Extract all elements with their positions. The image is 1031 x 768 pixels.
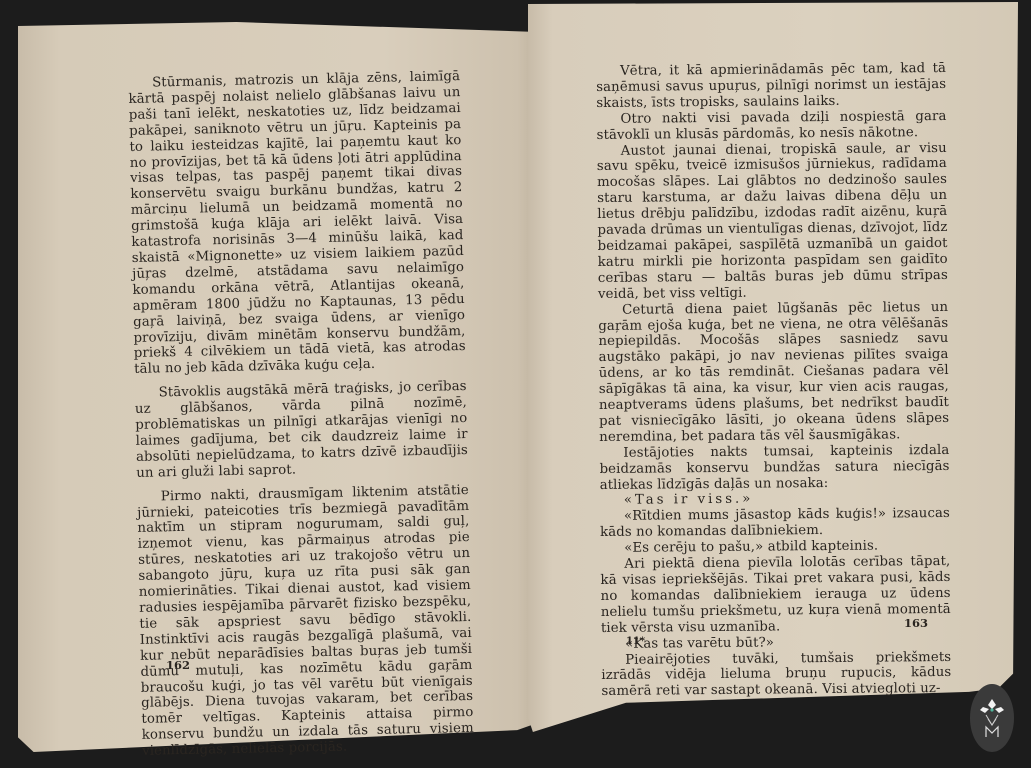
paragraph: Pirmo nakti, drausmīgam liktenim atstāti… xyxy=(137,483,475,760)
dialogue-line: «Rītdien mums jāsastop kāds kuģis!» izsa… xyxy=(600,506,950,541)
page-number-right: 163 xyxy=(904,616,928,630)
flower-m-icon xyxy=(977,693,1007,743)
paragraph: Iestājoties nakts tumsai, kapteinis izda… xyxy=(599,443,949,494)
paragraph: Vētra, it kā apmierinādamās pēc tam, kad… xyxy=(596,61,946,112)
watermark-logo xyxy=(970,684,1014,752)
paragraph: Otro nakti visi pavada dziļi nospiestā g… xyxy=(596,109,946,144)
right-page-text: Vētra, it kā apmierinādamās pēc tam, kad… xyxy=(596,61,952,700)
paragraph: Ari piektā diena pievīla lolotās cerības… xyxy=(600,554,951,637)
paragraph: Austot jaunai dienai, tropiskā saule, ar… xyxy=(597,140,948,302)
signature-mark: 11* xyxy=(626,636,645,647)
paragraph: Stāvoklis augstākā mērā traģisks, jo cer… xyxy=(134,379,468,481)
page-number-left: 162 xyxy=(166,658,190,672)
paragraph: Stūrmanis, matrozis un klāja zēns, laimī… xyxy=(128,69,466,378)
paragraph: Pieairējoties tuvāki, tumšais priekšmets… xyxy=(601,649,951,700)
paragraph: Ceturtā diena paiet lūgšanās pēc lietus … xyxy=(598,300,949,446)
left-page-text: Stūrmanis, matrozis un klāja zēns, laimī… xyxy=(128,69,474,760)
